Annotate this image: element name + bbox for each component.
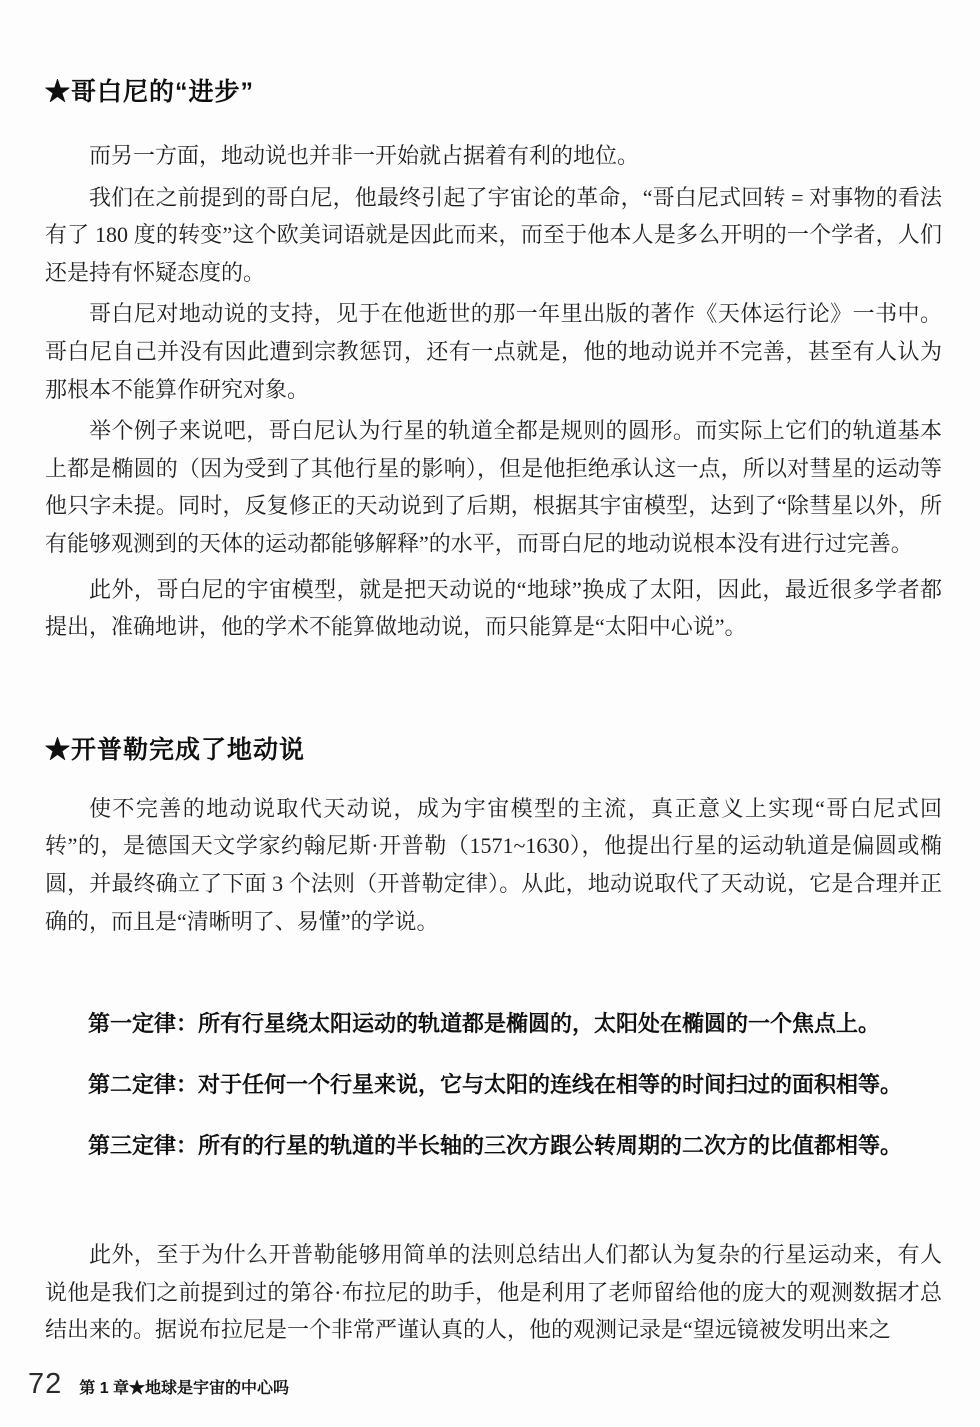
kepler-second-law: 第二定律：对于任何一个行星来说，它与太阳的连线在相等的时间扫过的面积相等。 xyxy=(88,1071,942,1099)
body-paragraph: 使不完善的地动说取代天动说，成为宇宙模型的主流，真正意义上实现“哥白尼式回转”的… xyxy=(45,790,942,940)
body-paragraph: 哥白尼对地动说的支持，见于在他逝世的那一年里出版的著作《天体运行论》一书中。哥白… xyxy=(45,295,942,408)
section-title-copernicus-progress: ★哥白尼的“进步” xyxy=(45,78,942,106)
section-title-kepler-completes: ★开普勒完成了地动说 xyxy=(45,736,942,764)
page-content: ★哥白尼的“进步” 而另一方面，地动说也并非一开始就占据着有利的地位。 我们在之… xyxy=(45,0,942,1349)
body-paragraph: 而另一方面，地动说也并非一开始就占据着有利的地位。 xyxy=(45,137,942,175)
kepler-third-law: 第三定律：所有的行星的轨道的半长轴的三次方跟公转周期的二次方的比值都相等。 xyxy=(88,1132,942,1160)
body-paragraph: 我们在之前提到的哥白尼，他最终引起了宇宙论的革命，“哥白尼式回转 = 对事物的看… xyxy=(45,179,942,292)
body-paragraph: 此外，至于为什么开普勒能够用简单的法则总结出人们都认为复杂的行星运动来，有人说他… xyxy=(45,1236,942,1349)
page-footer: 72 第 1 章★地球是宇宙的中心吗 xyxy=(28,1368,289,1401)
body-paragraph: 此外，哥白尼的宇宙模型，就是把天动说的“地球”换成了太阳，因此，最近很多学者都提… xyxy=(45,571,942,646)
kepler-first-law: 第一定律：所有行星绕太阳运动的轨道都是椭圆的，太阳处在椭圆的一个焦点上。 xyxy=(88,1010,942,1038)
body-paragraph: 举个例子来说吧，哥白尼认为行星的轨道全都是规则的圆形。而实际上它们的轨道基本上都… xyxy=(45,412,942,562)
page-number: 72 xyxy=(28,1368,62,1401)
chapter-title: 第 1 章★地球是宇宙的中心吗 xyxy=(79,1375,289,1398)
book-page: ★哥白尼的“进步” 而另一方面，地动说也并非一开始就占据着有利的地位。 我们在之… xyxy=(0,0,980,1427)
